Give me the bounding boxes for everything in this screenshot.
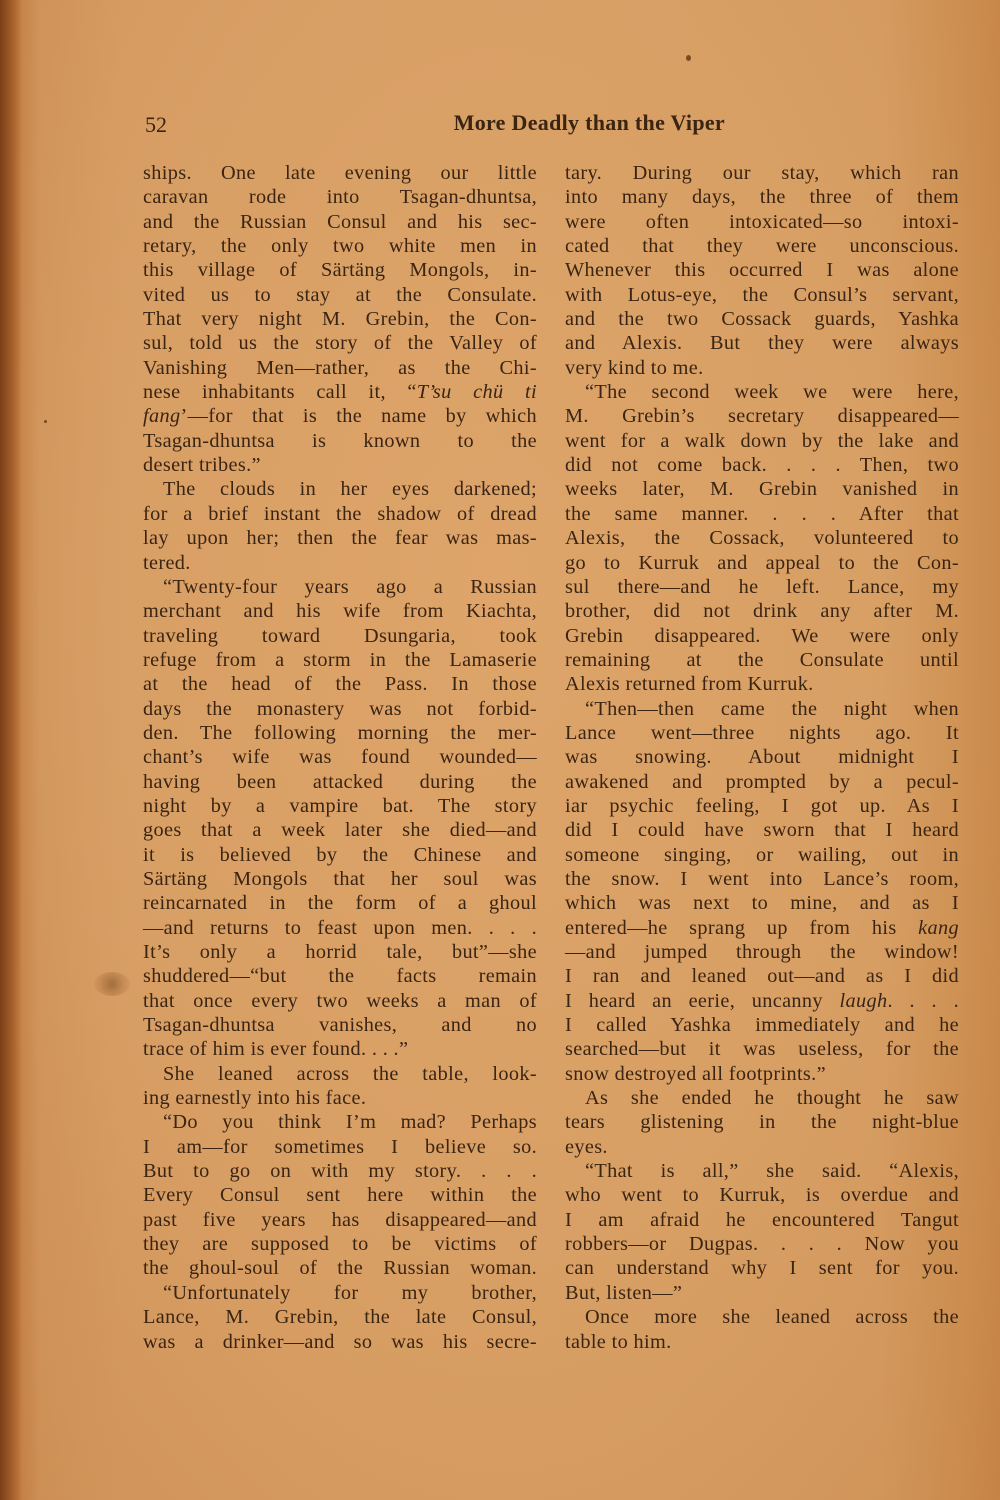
text-line: Tsagan-dhuntsa vanishes, and no [143,1013,537,1037]
text-line: goes that a week later she died—and [143,818,537,842]
text-line: caravan rode into Tsagan-dhuntsa, [143,185,537,209]
text-line: were often intoxicated—so intoxi- [565,210,959,234]
text-line: But to go on with my story. . . . [143,1159,537,1183]
text-line: awakened and prompted by a pecul- [565,770,959,794]
text-line: searched—but it was useless, for the [565,1037,959,1061]
text-line: I called Yashka immediately and he [565,1013,959,1037]
text-line: Tsagan-dhuntsa is known to the [143,429,537,453]
text-line: brother, did not drink any after M. [565,599,959,623]
text-line: the same manner. . . . After that [565,502,959,526]
text-line: I heard an eerie, uncanny laugh. . . . [565,989,959,1013]
text-line: eyes. [565,1135,959,1159]
text-line: Whenever this occurred I was alone [565,258,959,282]
text-line: days the monastery was not forbid- [143,697,537,721]
text-line: weeks later, M. Grebin vanished in [565,477,959,501]
text-line: Lance went—three nights ago. It [565,721,959,745]
book-page: 52 More Deadly than the Viper ships. One… [0,0,1000,1500]
text-line: went for a walk down by the lake and [565,429,959,453]
text-column-right: tary. During our stay, which raninto man… [565,161,959,1354]
text-line: nese inhabitants call it, “T’su chü ti [143,380,537,404]
text-line: “That is all,” she said. “Alexis, [565,1159,959,1183]
text-line: robbers—or Dugpas. . . . Now you [565,1232,959,1256]
text-line: trace of him is ever found. . . .” [143,1037,537,1061]
text-line: at the head of the Pass. In those [143,672,537,696]
text-line: having been attacked during the [143,770,537,794]
text-line: I am afraid he encountered Tangut [565,1208,959,1232]
text-line: I ran and leaned out—and as I did [565,964,959,988]
text-line: She leaned across the table, look- [143,1062,537,1086]
text-line: ing earnestly into his face. [143,1086,537,1110]
text-line: did I could have sworn that I heard [565,818,959,842]
text-line: snow destroyed all footprints.” [565,1062,959,1086]
text-line: —and jumped through the window! [565,940,959,964]
text-line: reincarnated in the form of a ghoul [143,891,537,915]
paper-stain [94,972,130,996]
text-line: As she ended he thought he saw [565,1086,959,1110]
text-line: It’s only a horrid tale, but”—she [143,940,537,964]
text-line: past five years has disappeared—and [143,1208,537,1232]
text-line: entered—he sprang up from his kang [565,916,959,940]
text-line: refuge from a storm in the Lamaserie [143,648,537,672]
text-line: go to Kurruk and appeal to the Con- [565,551,959,575]
running-title: More Deadly than the Viper [454,110,725,136]
text-line: sul there—and he left. Lance, my [565,575,959,599]
text-line: Särtäng Mongols that her soul was [143,867,537,891]
text-line: iar psychic feeling, I got up. As I [565,794,959,818]
paper-speck [44,420,47,423]
text-line: —and returns to feast upon men. . . . [143,916,537,940]
text-line: did not come back. . . . Then, two [565,453,959,477]
text-line: this village of Särtäng Mongols, in- [143,258,537,282]
text-line: with Lotus-eye, the Consul’s servant, [565,283,959,307]
text-line: can understand why I sent for you. [565,1256,959,1280]
text-line: which was next to mine, and as I [565,891,959,915]
page-header: 52 More Deadly than the Viper [145,108,725,142]
text-line: I am—for sometimes I believe so. [143,1135,537,1159]
text-line: tary. During our stay, which ran [565,161,959,185]
text-line: Vanishing Men—rather, as the Chi- [143,356,537,380]
text-line: cated that they were unconscious. [565,234,959,258]
text-line: and Alexis. But they were always [565,331,959,355]
text-line: Alexis, the Cossack, volunteered to [565,526,959,550]
book-binding-edge [0,0,22,1500]
text-line: The clouds in her eyes darkened; [143,477,537,501]
text-line: “Twenty-four years ago a Russian [143,575,537,599]
text-line: ships. One late evening our little [143,161,537,185]
text-line: they are supposed to be victims of [143,1232,537,1256]
text-line: the snow. I went into Lance’s room, [565,867,959,891]
text-line: den. The following morning the mer- [143,721,537,745]
text-line: sul, told us the story of the Valley of [143,331,537,355]
text-line: into many days, the three of them [565,185,959,209]
text-line: Once more she leaned across the [565,1305,959,1329]
text-line: and the Russian Consul and his sec- [143,210,537,234]
text-line: night by a vampire bat. The story [143,794,537,818]
text-line: for a brief instant the shadow of dread [143,502,537,526]
text-line: vited us to stay at the Consulate. [143,283,537,307]
text-line: retary, the only two white men in [143,234,537,258]
text-line: was a drinker—and so was his secre- [143,1330,537,1354]
text-line: tered. [143,551,537,575]
text-line: traveling toward Dsungaria, took [143,624,537,648]
text-line: that once every two weeks a man of [143,989,537,1013]
text-line: table to him. [565,1330,959,1354]
text-line: Grebin disappeared. We were only [565,624,959,648]
paper-speck [686,55,691,61]
text-line: But, listen—” [565,1281,959,1305]
text-line: That very night M. Grebin, the Con- [143,307,537,331]
text-line: desert tribes.” [143,453,537,477]
text-line: who went to Kurruk, is overdue and [565,1183,959,1207]
text-line: “The second week we were here, [565,380,959,404]
text-line: Alexis returned from Kurruk. [565,672,959,696]
text-line: tears glistening in the night-blue [565,1110,959,1134]
text-line: fang’—for that is the name by which [143,404,537,428]
text-line: M. Grebin’s secretary disappeared— [565,404,959,428]
text-line: someone singing, or wailing, out in [565,843,959,867]
text-column-left: ships. One late evening our littlecarava… [143,161,537,1354]
text-line: “Do you think I’m mad? Perhaps [143,1110,537,1134]
text-line: remaining at the Consulate until [565,648,959,672]
text-line: very kind to me. [565,356,959,380]
text-line: and the two Cossack guards, Yashka [565,307,959,331]
text-line: chant’s wife was found wounded— [143,745,537,769]
text-line: was snowing. About midnight I [565,745,959,769]
text-line: the ghoul-soul of the Russian woman. [143,1256,537,1280]
page-number: 52 [145,112,167,138]
text-line: shuddered—“but the facts remain [143,964,537,988]
text-line: Every Consul sent here within the [143,1183,537,1207]
text-line: lay upon her; then the fear was mas- [143,526,537,550]
text-line: “Then—then came the night when [565,697,959,721]
text-line: “Unfortunately for my brother, [143,1281,537,1305]
text-line: it is believed by the Chinese and [143,843,537,867]
text-line: merchant and his wife from Kiachta, [143,599,537,623]
text-line: Lance, M. Grebin, the late Consul, [143,1305,537,1329]
